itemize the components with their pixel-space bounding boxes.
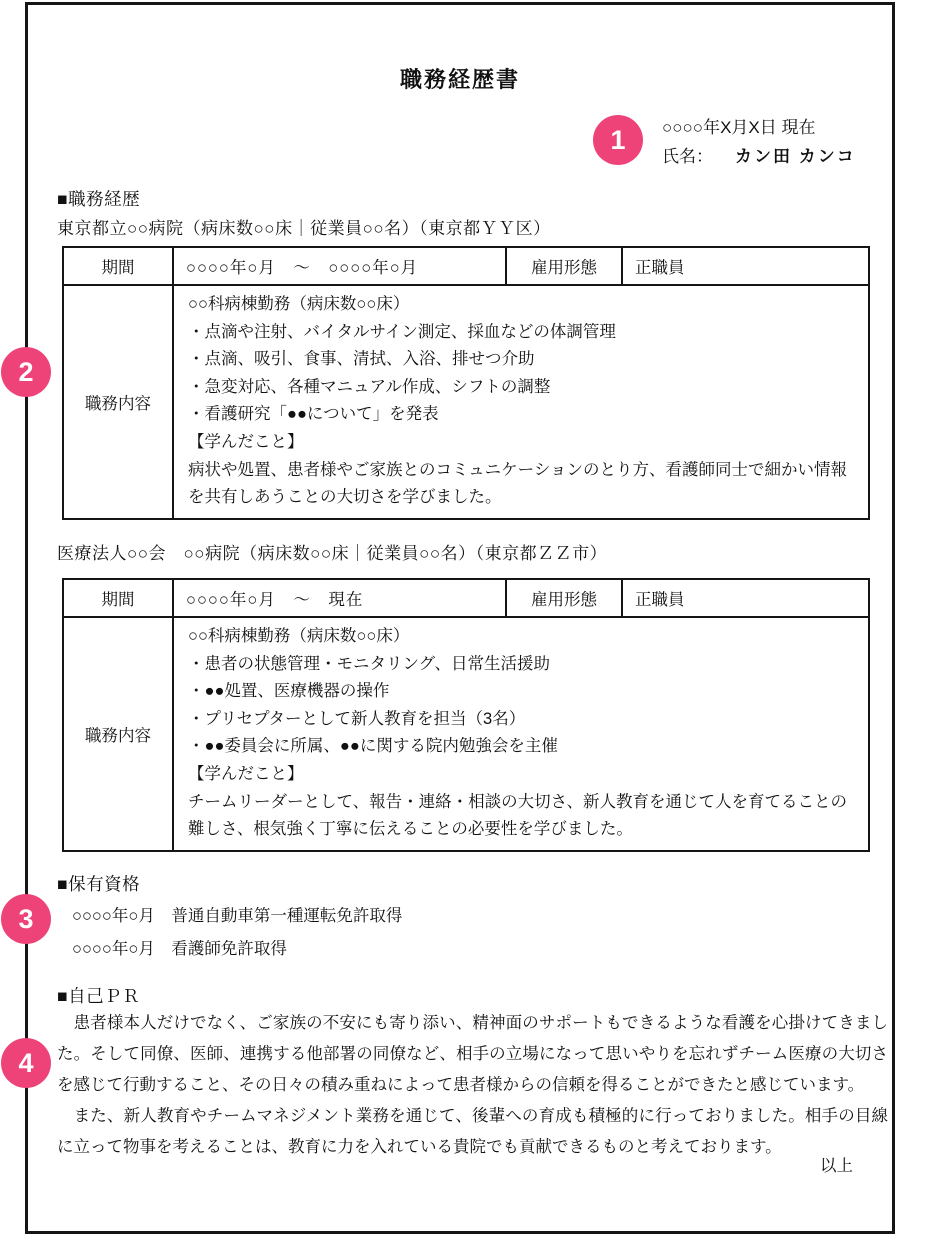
duty-line: 【学んだこと】	[188, 761, 854, 789]
table-row: 職務内容 ○○科病棟勤務（病床数○○床） ・点滴や注射、バイタルサイン測定、採血…	[63, 285, 869, 519]
current-date: ○○○○年X月X日 現在	[662, 113, 856, 142]
duties-content: ○○科病棟勤務（病床数○○床） ・患者の状態管理・モニタリング、日常生活援助 ・…	[173, 617, 869, 851]
table-row: 期間 ○○○○年○月 ～ 現在 雇用形態 正職員	[63, 579, 869, 617]
self-pr-paragraph: 患者様本人だけでなく、ご家族の不安にも寄り添い、精神面のサポートもできるような看…	[57, 1008, 888, 1101]
duty-line: ・急変対応、各種マニュアル作成、シフトの調整	[188, 374, 854, 402]
duty-line: ・点滴や注射、バイタルサイン測定、採血などの体調管理	[188, 319, 854, 347]
duty-line: ・●●処置、医療機器の操作	[188, 678, 854, 706]
duty-line: チームリーダーとして、報告・連絡・相談の大切さ、新人教育を通じて人を育てることの…	[188, 789, 854, 844]
employment-type-value: 正職員	[622, 247, 869, 285]
duty-line: ・●●委員会に所属、●●に関する院内勉強会を主催	[188, 733, 854, 761]
period-value: ○○○○年○月 ～ ○○○○年○月	[173, 247, 506, 285]
employer-2-table: 期間 ○○○○年○月 ～ 現在 雇用形態 正職員 職務内容 ○○科病棟勤務（病床…	[62, 578, 870, 852]
name-label: 氏名：	[662, 147, 713, 166]
self-pr-heading: ■自己ＰＲ	[57, 983, 140, 1008]
annotation-marker-4: 4	[1, 1038, 51, 1088]
self-pr-paragraph: また、新人教育やチームマネジメント業務を通じて、後輩への育成も積極的に行っており…	[57, 1101, 888, 1163]
annotation-marker-3: 3	[1, 894, 51, 944]
duties-label: 職務内容	[63, 285, 173, 519]
duty-line: 【学んだこと】	[188, 429, 854, 457]
table-row: 職務内容 ○○科病棟勤務（病床数○○床） ・患者の状態管理・モニタリング、日常生…	[63, 617, 869, 851]
employment-type-label: 雇用形態	[506, 247, 622, 285]
duties-label: 職務内容	[63, 617, 173, 851]
duty-line: ・患者の状態管理・モニタリング、日常生活援助	[188, 651, 854, 679]
period-label: 期間	[63, 579, 173, 617]
employer-1-table: 期間 ○○○○年○月 ～ ○○○○年○月 雇用形態 正職員 職務内容 ○○科病棟…	[62, 246, 870, 520]
resume-sheet: 職務経歴書 ○○○○年X月X日 現在 氏名：カン田 カンコ ■職務経歴 東京都立…	[25, 2, 895, 1234]
duty-line: ・プリセプターとして新人教育を担当（3名）	[188, 706, 854, 734]
annotation-marker-1: 1	[593, 115, 643, 165]
page-title: 職務経歴書	[28, 63, 892, 94]
duty-line: ・看護研究「●●について」を発表	[188, 401, 854, 429]
employment-type-label: 雇用形態	[506, 579, 622, 617]
qualification-item: ○○○○年○月 普通自動車第一種運転免許取得	[72, 900, 402, 933]
duty-line: ○○科病棟勤務（病床数○○床）	[188, 623, 854, 651]
self-pr-body: 患者様本人だけでなく、ご家族の不安にも寄り添い、精神面のサポートもできるような看…	[57, 1008, 888, 1163]
table-row: 期間 ○○○○年○月 ～ ○○○○年○月 雇用形態 正職員	[63, 247, 869, 285]
qualifications-heading: ■保有資格	[57, 871, 140, 896]
period-value: ○○○○年○月 ～ 現在	[173, 579, 506, 617]
duty-line: ○○科病棟勤務（病床数○○床）	[188, 291, 854, 319]
name-value: カン田 カンコ	[735, 147, 856, 166]
career-section-heading: ■職務経歴	[57, 186, 140, 211]
meta-block: ○○○○年X月X日 現在 氏名：カン田 カンコ	[662, 113, 856, 171]
duties-content: ○○科病棟勤務（病床数○○床） ・点滴や注射、バイタルサイン測定、採血などの体調…	[173, 285, 869, 519]
qualifications-list: ○○○○年○月 普通自動車第一種運転免許取得 ○○○○年○月 看護師免許取得	[72, 900, 402, 965]
employment-type-value: 正職員	[622, 579, 869, 617]
closing-ijou: 以上	[820, 1152, 853, 1176]
period-label: 期間	[63, 247, 173, 285]
employer-2-company-line: 医療法人○○会 ○○病院（病床数○○床｜従業員○○名）（東京都ＺＺ市）	[57, 539, 607, 564]
employer-1-company-line: 東京都立○○病院（病床数○○床｜従業員○○名）（東京都ＹＹ区）	[57, 214, 551, 239]
qualification-item: ○○○○年○月 看護師免許取得	[72, 933, 402, 966]
duty-line: 病状や処置、患者様やご家族とのコミュニケーションのとり方、看護師同士で細かい情報…	[188, 457, 854, 512]
name-row: 氏名：カン田 カンコ	[662, 142, 856, 171]
annotation-marker-2: 2	[1, 347, 51, 397]
duty-line: ・点滴、吸引、食事、清拭、入浴、排せつ介助	[188, 346, 854, 374]
